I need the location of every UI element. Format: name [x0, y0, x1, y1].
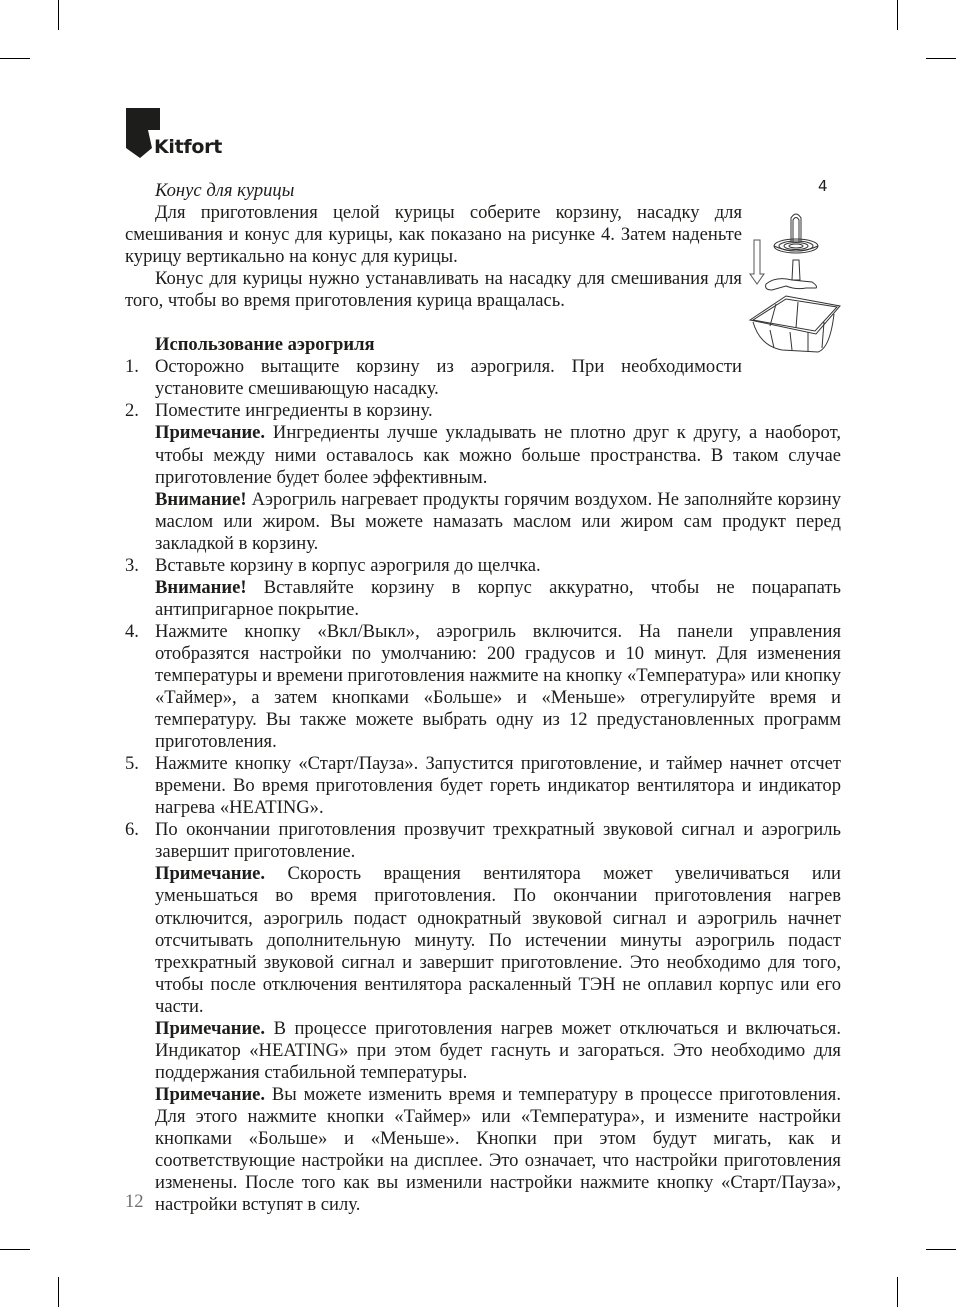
warning-text: Аэрогриль нагревает продукты горячим воз…: [155, 489, 841, 554]
note-label: Примечание.: [155, 1018, 265, 1039]
list-text: Нажмите кнопку «Старт/Пауза». Запустится…: [155, 753, 841, 819]
list-number: 5.: [125, 753, 155, 819]
crop-mark: [897, 0, 898, 30]
list-item: 6. По окончании приготовления прозвучит …: [125, 819, 841, 863]
manual-page-content: Конус для курицы Для приготовления целой…: [125, 180, 841, 1216]
warning: Внимание! Аэрогриль нагревает продукты г…: [125, 489, 841, 555]
brand-name: Kitfort: [154, 136, 222, 158]
brand-logo: Kitfort: [126, 108, 246, 158]
crop-mark: [926, 58, 956, 59]
section-title-usage: Использование аэрогриля: [125, 334, 841, 356]
crop-mark: [58, 0, 59, 30]
crop-mark: [58, 1277, 59, 1307]
note: Примечание. Ингредиенты лучше укладывать…: [125, 422, 841, 488]
page-number: 12: [125, 1191, 144, 1213]
list-item: 4. Нажмите кнопку «Вкл/Выкл», аэрогриль …: [125, 621, 841, 753]
list-number: 2.: [125, 400, 155, 422]
list-item: 3. Вставьте корзину в корпус аэрогриля д…: [125, 555, 841, 577]
paragraph: Для приготовления целой курицы соберите …: [125, 202, 742, 268]
list-item: 5. Нажмите кнопку «Старт/Пауза». Запусти…: [125, 753, 841, 819]
warning-label: Внимание!: [155, 577, 247, 598]
note-label: Примечание.: [155, 863, 265, 884]
crop-mark: [0, 1249, 30, 1250]
subsection-title-chicken-cone: Конус для курицы: [125, 180, 841, 202]
list-item: 2. Поместите ингредиенты в корзину.: [125, 400, 841, 422]
list-text: Осторожно вытащите корзину из аэрогриля.…: [155, 356, 742, 400]
list-text: Вставьте корзину в корпус аэрогриля до щ…: [155, 555, 841, 577]
note: Примечание. В процессе приготовления наг…: [125, 1018, 841, 1084]
crop-mark: [897, 1277, 898, 1307]
list-text: Нажмите кнопку «Вкл/Выкл», аэрогриль вкл…: [155, 621, 841, 753]
note: Примечание. Вы можете изменить время и т…: [125, 1084, 841, 1216]
note-label: Примечание.: [155, 422, 265, 443]
warning-label: Внимание!: [155, 489, 247, 510]
warning-text: Вставляйте корзину в корпус аккуратно, ч…: [155, 577, 841, 620]
note-label: Примечание.: [155, 1084, 265, 1105]
list-number: 1.: [125, 356, 155, 400]
paragraph: Конус для курицы нужно устанавливать на …: [125, 268, 742, 312]
list-number: 3.: [125, 555, 155, 577]
warning: Внимание! Вставляйте корзину в корпус ак…: [125, 577, 841, 621]
list-text: По окончании приготовления прозвучит тре…: [155, 819, 841, 863]
list-number: 4.: [125, 621, 155, 753]
list-text: Поместите ингредиенты в корзину.: [155, 400, 841, 422]
note: Примечание. Скорость вращения вентилятор…: [125, 863, 841, 1017]
crop-mark: [0, 58, 30, 59]
list-item: 1. Осторожно вытащите корзину из аэрогри…: [125, 356, 742, 400]
crop-mark: [926, 1249, 956, 1250]
note-text: Скорость вращения вентилятора может увел…: [155, 863, 841, 1016]
list-number: 6.: [125, 819, 155, 863]
